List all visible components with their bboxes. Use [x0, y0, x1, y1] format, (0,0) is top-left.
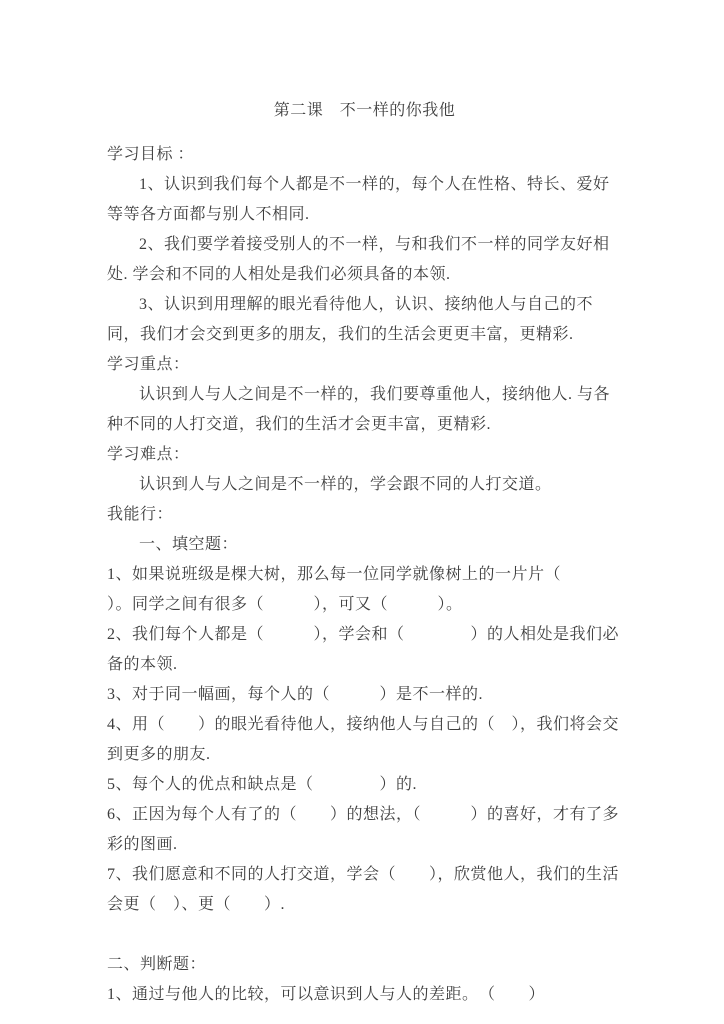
- paragraph: 3、对于同一幅画，每个人的（ ）是不一样的.: [107, 680, 622, 710]
- paragraph: 7、我们愿意和不同的人打交道，学会（ ），欣赏他人，我们的生活会更（ ）、更（ …: [107, 860, 622, 920]
- document-page: 第二课 不一样的你我他 学习目标 ：1、认识到我们每个人都是不一样的，每个人在性…: [0, 0, 724, 1024]
- document-content: 第二课 不一样的你我他 学习目标 ：1、认识到我们每个人都是不一样的，每个人在性…: [107, 96, 622, 1010]
- paragraph: 2、我们要学着接受别人的不一样，与和我们不一样的同学友好相处. 学会和不同的人相…: [107, 230, 622, 290]
- paragraph: 学习目标 ：: [107, 140, 622, 170]
- paragraph: 认识到人与人之间是不一样的，我们要尊重他人，接纳他人. 与各种不同的人打交道，我…: [107, 380, 622, 440]
- paragraph: 4、用（ ）的眼光看待他人，接纳他人与自己的（ ），我们将会交到更多的朋友.: [107, 710, 622, 770]
- paragraph: 我能行：: [107, 500, 622, 530]
- paragraph: 学习难点：: [107, 440, 622, 470]
- page-title: 第二课 不一样的你我他: [107, 96, 622, 126]
- paragraph-list: 学习目标 ：1、认识到我们每个人都是不一样的，每个人在性格、特长、爱好等等各方面…: [107, 140, 622, 1010]
- paragraph: 3、认识到用理解的眼光看待他人，认识、接纳他人与自己的不同，我们才会交到更多的朋…: [107, 290, 622, 350]
- paragraph: 1、认识到我们每个人都是不一样的，每个人在性格、特长、爱好等等各方面都与别人不相…: [107, 170, 622, 230]
- paragraph: 认识到人与人之间是不一样的，学会跟不同的人打交道。: [107, 470, 622, 500]
- paragraph: 6、正因为每个人有了的（ ）的想法，（ ）的喜好，才有了多彩的图画.: [107, 800, 622, 860]
- paragraph: 2、我们每个人都是（ ），学会和（ ）的人相处是我们必备的本领.: [107, 620, 622, 680]
- paragraph: 1、通过与他人的比较，可以意识到人与人的差距。 （ ）: [107, 980, 622, 1010]
- blank-line: [107, 920, 622, 950]
- paragraph: 一、填空题：: [107, 530, 622, 560]
- paragraph: 二、判断题：: [107, 950, 622, 980]
- paragraph: 1、如果说班级是棵大树，那么每一位同学就像树上的一片片（ ）。同学之间有很多（ …: [107, 560, 622, 620]
- paragraph: 学习重点：: [107, 350, 622, 380]
- paragraph: 5、每个人的优点和缺点是（ ）的.: [107, 770, 622, 800]
